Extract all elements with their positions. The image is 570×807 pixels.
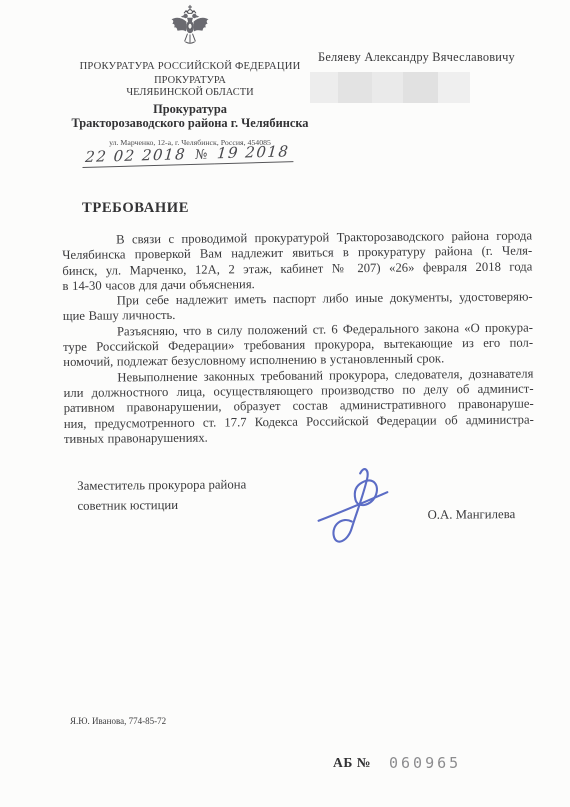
coat-of-arms-icon	[168, 4, 212, 50]
org-name-region-line2: ЧЕЛЯБИНСКОЙ ОБЛАСТИ	[30, 87, 350, 99]
document-body: В связи с проводимой прокуратурой Тракто…	[62, 228, 534, 447]
signature-icon	[310, 455, 391, 551]
signer-name: О.А. Мангилева	[427, 507, 515, 523]
org-name-federal: ПРОКУРАТУРА РОССИЙСКОЙ ФЕДЕРАЦИИ	[30, 61, 350, 72]
number-sign: №	[190, 147, 215, 165]
signer-post-line1: Заместитель прокурора района	[77, 477, 246, 493]
redacted-address-block	[310, 72, 470, 103]
signer-post-line2: советник юстиции	[77, 498, 178, 514]
handwritten-number: 19 2018	[214, 142, 295, 164]
org-name-local-line2: Тракторозаводского района г. Челябинска	[30, 116, 350, 130]
org-name-local-line1: Прокуратура	[30, 102, 350, 116]
form-number: 060965	[389, 754, 461, 772]
scanned-document-page: ПРОКУРАТУРА РОССИЙСКОЙ ФЕДЕРАЦИИ ПРОКУРА…	[0, 0, 570, 807]
form-series-label: АБ №	[333, 755, 371, 771]
executor-contact: Я.Ю. Иванова, 774-85-72	[70, 716, 166, 726]
document-title: ТРЕБОВАНИЕ	[82, 200, 189, 217]
org-name-region-line1: ПРОКУРАТУРА	[30, 75, 350, 87]
letterhead: ПРОКУРАТУРА РОССИЙСКОЙ ФЕДЕРАЦИИ ПРОКУРА…	[30, 4, 350, 147]
body-line: тивных правонарушениях.	[64, 427, 534, 447]
handwritten-date: 22 02 2018	[82, 145, 191, 168]
addressee-name: Беляеву Александру Вячеславовичу	[318, 50, 538, 65]
signature-block: Заместитель прокурора района советник юс…	[62, 451, 533, 565]
